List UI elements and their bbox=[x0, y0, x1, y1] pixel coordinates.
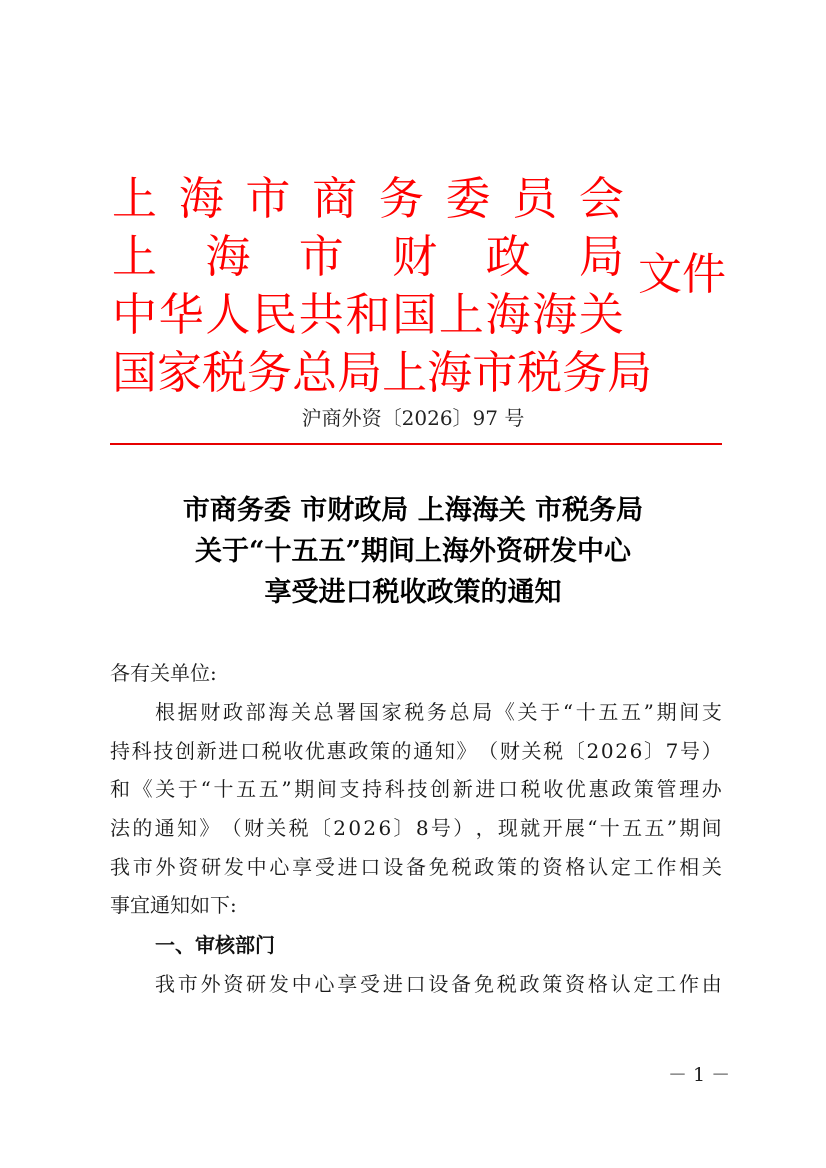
glyph: 政 bbox=[223, 693, 243, 732]
glyph: 总 bbox=[314, 693, 334, 732]
glyph: 间 bbox=[702, 809, 722, 848]
glyph: ” bbox=[281, 770, 291, 809]
glyph: 策 bbox=[370, 732, 390, 771]
glyph: 关 bbox=[291, 693, 311, 732]
glyph: 和 bbox=[110, 770, 130, 809]
glyph: （ bbox=[478, 732, 498, 771]
glyph: 政 bbox=[520, 965, 540, 1004]
glyph: 上 bbox=[112, 170, 157, 228]
glyph: 五 bbox=[621, 693, 641, 732]
glyph: 中 bbox=[247, 848, 267, 887]
glyph: 关 bbox=[579, 286, 624, 344]
glyph: 期 bbox=[294, 770, 314, 809]
glyph: 研 bbox=[201, 848, 221, 887]
glyph: 认 bbox=[611, 965, 631, 1004]
glyph: 相 bbox=[679, 848, 699, 887]
glyph: 部 bbox=[246, 693, 266, 732]
glyph: 6 bbox=[378, 809, 391, 848]
glyph: 进 bbox=[218, 732, 238, 771]
glyph: 支 bbox=[340, 770, 360, 809]
glyph: 财 bbox=[392, 228, 437, 286]
section-heading-review-department: 一、审核部门 bbox=[110, 925, 722, 965]
glyph: 享 bbox=[292, 848, 312, 887]
glyph: 发 bbox=[224, 848, 244, 887]
glyph: 国 bbox=[359, 693, 379, 732]
glyph: 关 bbox=[521, 732, 541, 771]
glyph: 2 bbox=[333, 809, 346, 848]
glyph: 口 bbox=[360, 848, 380, 887]
glyph: 优 bbox=[305, 732, 325, 771]
glyph: 间 bbox=[679, 693, 699, 732]
glyph: 知 bbox=[177, 809, 197, 848]
glyph: 通 bbox=[155, 809, 175, 848]
glyph: 人 bbox=[205, 286, 250, 344]
document-number: 沪商外资〔2026〕97 号 bbox=[0, 404, 826, 432]
salutation: 各有关单位: bbox=[110, 653, 722, 693]
glyph: 创 bbox=[175, 732, 195, 771]
glyph: 办 bbox=[702, 770, 722, 809]
glyph: 总 bbox=[450, 693, 470, 732]
glyph: 科 bbox=[385, 770, 405, 809]
glyph: 五 bbox=[259, 770, 279, 809]
glyph: 收 bbox=[283, 732, 303, 771]
issuer-tax-bureau: 国家税务总局上海市税务局 bbox=[112, 344, 624, 402]
glyph: ” bbox=[667, 809, 677, 848]
issuer-finance-bureau: 上海市财政局 bbox=[112, 228, 624, 286]
glyph: 作 bbox=[656, 848, 676, 887]
glyph: 口 bbox=[498, 770, 518, 809]
glyph: 优 bbox=[566, 770, 586, 809]
glyph: 惠 bbox=[327, 732, 347, 771]
glyph: 期 bbox=[657, 693, 677, 732]
glyph: 进 bbox=[338, 848, 358, 887]
glyph: 定 bbox=[633, 965, 653, 1004]
glyph: 〕 bbox=[644, 732, 664, 771]
glyph: 备 bbox=[451, 965, 471, 1004]
glyph: 研 bbox=[246, 965, 266, 1004]
glyph: 家 bbox=[382, 693, 402, 732]
glyph: 于 bbox=[540, 693, 560, 732]
glyph: 技 bbox=[153, 732, 173, 771]
glyph: 税 bbox=[404, 693, 424, 732]
glyph: 务 bbox=[379, 170, 424, 228]
glyph: 员 bbox=[512, 170, 557, 228]
glyph: 》 bbox=[199, 809, 219, 848]
glyph: 和 bbox=[345, 286, 390, 344]
glyph: 《 bbox=[133, 770, 153, 809]
glyph: 家 bbox=[157, 344, 202, 402]
section-1-paragraph: 我市外资研发中心享受进口设备免税政策资格认定工作由 bbox=[110, 965, 722, 1004]
glyph: 开 bbox=[543, 809, 563, 848]
paragraph-line: 我市外资研发中心享受进口设备免税政策的资格认定工作相关 bbox=[110, 848, 722, 887]
glyph: 心 bbox=[269, 848, 289, 887]
glyph: 收 bbox=[543, 770, 563, 809]
glyph: 7 bbox=[666, 732, 679, 771]
paragraph-line: 法的通知》（财关税〔2026〕8号），现就开展“十五五”期间 bbox=[110, 809, 722, 848]
glyph: 惠 bbox=[589, 770, 609, 809]
glyph: 税 bbox=[451, 848, 471, 887]
document-label: 文件 bbox=[638, 246, 726, 304]
paragraph-line: 我市外资研发中心享受进口设备免税政策资格认定工作由 bbox=[110, 965, 722, 1004]
glyph: 局 bbox=[579, 228, 624, 286]
glyph: 外 bbox=[201, 965, 221, 1004]
glyph: 政 bbox=[474, 848, 494, 887]
glyph: 备 bbox=[406, 848, 426, 887]
glyph: 税 bbox=[262, 732, 282, 771]
glyph: 免 bbox=[474, 965, 494, 1004]
glyph: 政 bbox=[348, 732, 368, 771]
glyph: 上 bbox=[382, 344, 427, 402]
issuer-shanghai-customs: 中华人民共和国上海海关 bbox=[112, 286, 624, 344]
glyph: 受 bbox=[315, 848, 335, 887]
glyph: 资 bbox=[543, 848, 563, 887]
glyph: 委 bbox=[446, 170, 491, 228]
glyph: 工 bbox=[634, 848, 654, 887]
glyph: 中 bbox=[112, 286, 157, 344]
glyph: 局 bbox=[337, 344, 382, 402]
glyph: 新 bbox=[453, 770, 473, 809]
glyph: 我 bbox=[155, 965, 175, 1004]
glyph: 设 bbox=[383, 848, 403, 887]
glyph: 务 bbox=[427, 693, 447, 732]
glyph: 持 bbox=[362, 770, 382, 809]
glyph: 理 bbox=[679, 770, 699, 809]
glyph: 财 bbox=[244, 809, 264, 848]
glyph: 受 bbox=[360, 965, 380, 1004]
glyph: 财 bbox=[200, 693, 220, 732]
title-line-2: 关于“十五五”期间上海外资研发中心 bbox=[0, 531, 826, 572]
glyph: 格 bbox=[565, 848, 585, 887]
glyph: 支 bbox=[702, 693, 722, 732]
paragraph-line: 根据财政部海关总署国家税务总局《关于“十五五”期间支 bbox=[110, 693, 722, 732]
page-number: － 1 － bbox=[668, 1062, 730, 1088]
glyph: 海 bbox=[268, 693, 288, 732]
glyph: 务 bbox=[247, 344, 292, 402]
paragraph-line: 事宜通知如下: bbox=[110, 886, 722, 925]
glyph: 策 bbox=[542, 965, 562, 1004]
glyph: 关 bbox=[266, 809, 286, 848]
glyph: 定 bbox=[611, 848, 631, 887]
glyph: 作 bbox=[679, 965, 699, 1004]
glyph: 海 bbox=[532, 286, 577, 344]
glyph: 工 bbox=[656, 965, 676, 1004]
glyph: 十 bbox=[213, 770, 233, 809]
glyph: 上 bbox=[112, 228, 157, 286]
glyph: 口 bbox=[406, 965, 426, 1004]
glyph: 商 bbox=[312, 170, 357, 228]
glyph: 6 bbox=[630, 732, 643, 771]
glyph: 总 bbox=[292, 344, 337, 402]
glyph: 通 bbox=[413, 732, 433, 771]
glyph: 〔 bbox=[311, 809, 331, 848]
glyph: 关 bbox=[518, 693, 538, 732]
glyph: ） bbox=[453, 809, 473, 848]
glyph: 市 bbox=[472, 344, 517, 402]
glyph: 税 bbox=[289, 809, 309, 848]
glyph: 根 bbox=[155, 693, 175, 732]
glyph: 资 bbox=[178, 848, 198, 887]
glyph: 设 bbox=[428, 965, 448, 1004]
glyph: 海 bbox=[427, 344, 472, 402]
glyph: 2 bbox=[586, 732, 599, 771]
glyph: 共 bbox=[299, 286, 344, 344]
glyph: 的 bbox=[520, 848, 540, 887]
glyph: 资 bbox=[565, 965, 585, 1004]
glyph: “ bbox=[201, 770, 211, 809]
glyph: 策 bbox=[497, 848, 517, 887]
glyph: 创 bbox=[430, 770, 450, 809]
glyph: 8 bbox=[416, 809, 429, 848]
glyph: 财 bbox=[500, 732, 520, 771]
glyph: 策 bbox=[634, 770, 654, 809]
red-divider-line bbox=[110, 443, 722, 445]
glyph: 五 bbox=[236, 770, 256, 809]
glyph: 〔 bbox=[565, 732, 585, 771]
glyph: 市 bbox=[245, 170, 290, 228]
glyph: 新 bbox=[197, 732, 217, 771]
glyph: 税 bbox=[521, 770, 541, 809]
glyph: 的 bbox=[132, 809, 152, 848]
glyph: 0 bbox=[601, 732, 614, 771]
glyph: 十 bbox=[600, 809, 620, 848]
glyph: 《 bbox=[495, 693, 515, 732]
glyph: 市 bbox=[178, 965, 198, 1004]
glyph: 局 bbox=[472, 693, 492, 732]
glyph: “ bbox=[563, 693, 573, 732]
paragraph-line: 持科技创新进口税收优惠政策的通知》（财关税〔2026〕7号） bbox=[110, 732, 722, 771]
glyph: ” bbox=[644, 693, 654, 732]
glyph: 间 bbox=[317, 770, 337, 809]
glyph: 政 bbox=[486, 228, 531, 286]
glyph: 税 bbox=[543, 732, 563, 771]
glyph: 发 bbox=[269, 965, 289, 1004]
glyph: 局 bbox=[607, 344, 652, 402]
glyph: （ bbox=[222, 809, 242, 848]
glyph: 知 bbox=[435, 732, 455, 771]
document-body: 各有关单位: 根据财政部海关总署国家税务总局《关于“十五五”期间支 持科技创新进… bbox=[110, 653, 722, 1004]
glyph: “ bbox=[587, 809, 597, 848]
glyph: 关 bbox=[155, 770, 175, 809]
glyph: 号 bbox=[431, 809, 451, 848]
glyph: 0 bbox=[348, 809, 361, 848]
glyph: 就 bbox=[520, 809, 540, 848]
glyph: 》 bbox=[457, 732, 477, 771]
glyph: 据 bbox=[178, 693, 198, 732]
paragraph-line: 和《关于“十五五”期间支持科技创新进口税收优惠政策管理办 bbox=[110, 770, 722, 809]
glyph: 外 bbox=[156, 848, 176, 887]
glyph: 税 bbox=[517, 344, 562, 402]
glyph: 由 bbox=[702, 965, 722, 1004]
title-line-3: 享受进口税收政策的通知 bbox=[0, 572, 826, 613]
glyph: 的 bbox=[392, 732, 412, 771]
issuer-commerce-commission: 上海市商务委员会 bbox=[112, 170, 624, 228]
glyph: 关 bbox=[702, 848, 722, 887]
glyph: 免 bbox=[429, 848, 449, 887]
glyph: 法 bbox=[110, 809, 130, 848]
glyph: 民 bbox=[252, 286, 297, 344]
glyph: 十 bbox=[576, 693, 596, 732]
glyph: 政 bbox=[611, 770, 631, 809]
glyph: 我 bbox=[110, 848, 130, 887]
glyph: 于 bbox=[178, 770, 198, 809]
glyph: 心 bbox=[314, 965, 334, 1004]
glyph: 市 bbox=[133, 848, 153, 887]
glyph: 技 bbox=[407, 770, 427, 809]
glyph: ， bbox=[476, 809, 496, 848]
glyph: 海 bbox=[205, 228, 250, 286]
glyph: 国 bbox=[112, 344, 157, 402]
glyph: 展 bbox=[565, 809, 585, 848]
document-page: 上海市商务委员会 上海市财政局 中华人民共和国上海海关 国家税务总局上海市税务局… bbox=[0, 0, 826, 1168]
glyph: 务 bbox=[562, 344, 607, 402]
document-title: 市商务委 市财政局 上海海关 市税务局 关于“十五五”期间上海外资研发中心 享受… bbox=[0, 490, 826, 613]
glyph: 现 bbox=[498, 809, 518, 848]
glyph: 2 bbox=[615, 732, 628, 771]
glyph: 五 bbox=[598, 693, 618, 732]
glyph: 格 bbox=[588, 965, 608, 1004]
glyph: 管 bbox=[656, 770, 676, 809]
glyph: 享 bbox=[337, 965, 357, 1004]
glyph: 市 bbox=[299, 228, 344, 286]
title-line-1: 市商务委 市财政局 上海海关 市税务局 bbox=[0, 490, 826, 531]
glyph: 税 bbox=[497, 965, 517, 1004]
glyph: 海 bbox=[179, 170, 224, 228]
glyph: 会 bbox=[579, 170, 624, 228]
glyph: 口 bbox=[240, 732, 260, 771]
intro-paragraph: 根据财政部海关总署国家税务总局《关于“十五五”期间支 持科技创新进口税收优惠政策… bbox=[110, 693, 722, 925]
glyph: 号 bbox=[680, 732, 700, 771]
glyph: 资 bbox=[223, 965, 243, 1004]
glyph: 期 bbox=[679, 809, 699, 848]
glyph: 进 bbox=[475, 770, 495, 809]
glyph: 五 bbox=[622, 809, 642, 848]
glyph: 署 bbox=[336, 693, 356, 732]
glyph: 海 bbox=[486, 286, 531, 344]
glyph: 税 bbox=[202, 344, 247, 402]
glyph: 五 bbox=[644, 809, 664, 848]
glyph: 中 bbox=[292, 965, 312, 1004]
glyph: 国 bbox=[392, 286, 437, 344]
glyph: 上 bbox=[439, 286, 484, 344]
glyph: 认 bbox=[588, 848, 608, 887]
glyph: 持 bbox=[110, 732, 130, 771]
glyph: 2 bbox=[363, 809, 376, 848]
glyph: 〕 bbox=[394, 809, 414, 848]
issuing-authorities: 上海市商务委员会 上海市财政局 中华人民共和国上海海关 国家税务总局上海市税务局 bbox=[112, 170, 624, 402]
glyph: 进 bbox=[383, 965, 403, 1004]
glyph: 华 bbox=[159, 286, 204, 344]
glyph: ） bbox=[702, 732, 722, 771]
glyph: 科 bbox=[132, 732, 152, 771]
